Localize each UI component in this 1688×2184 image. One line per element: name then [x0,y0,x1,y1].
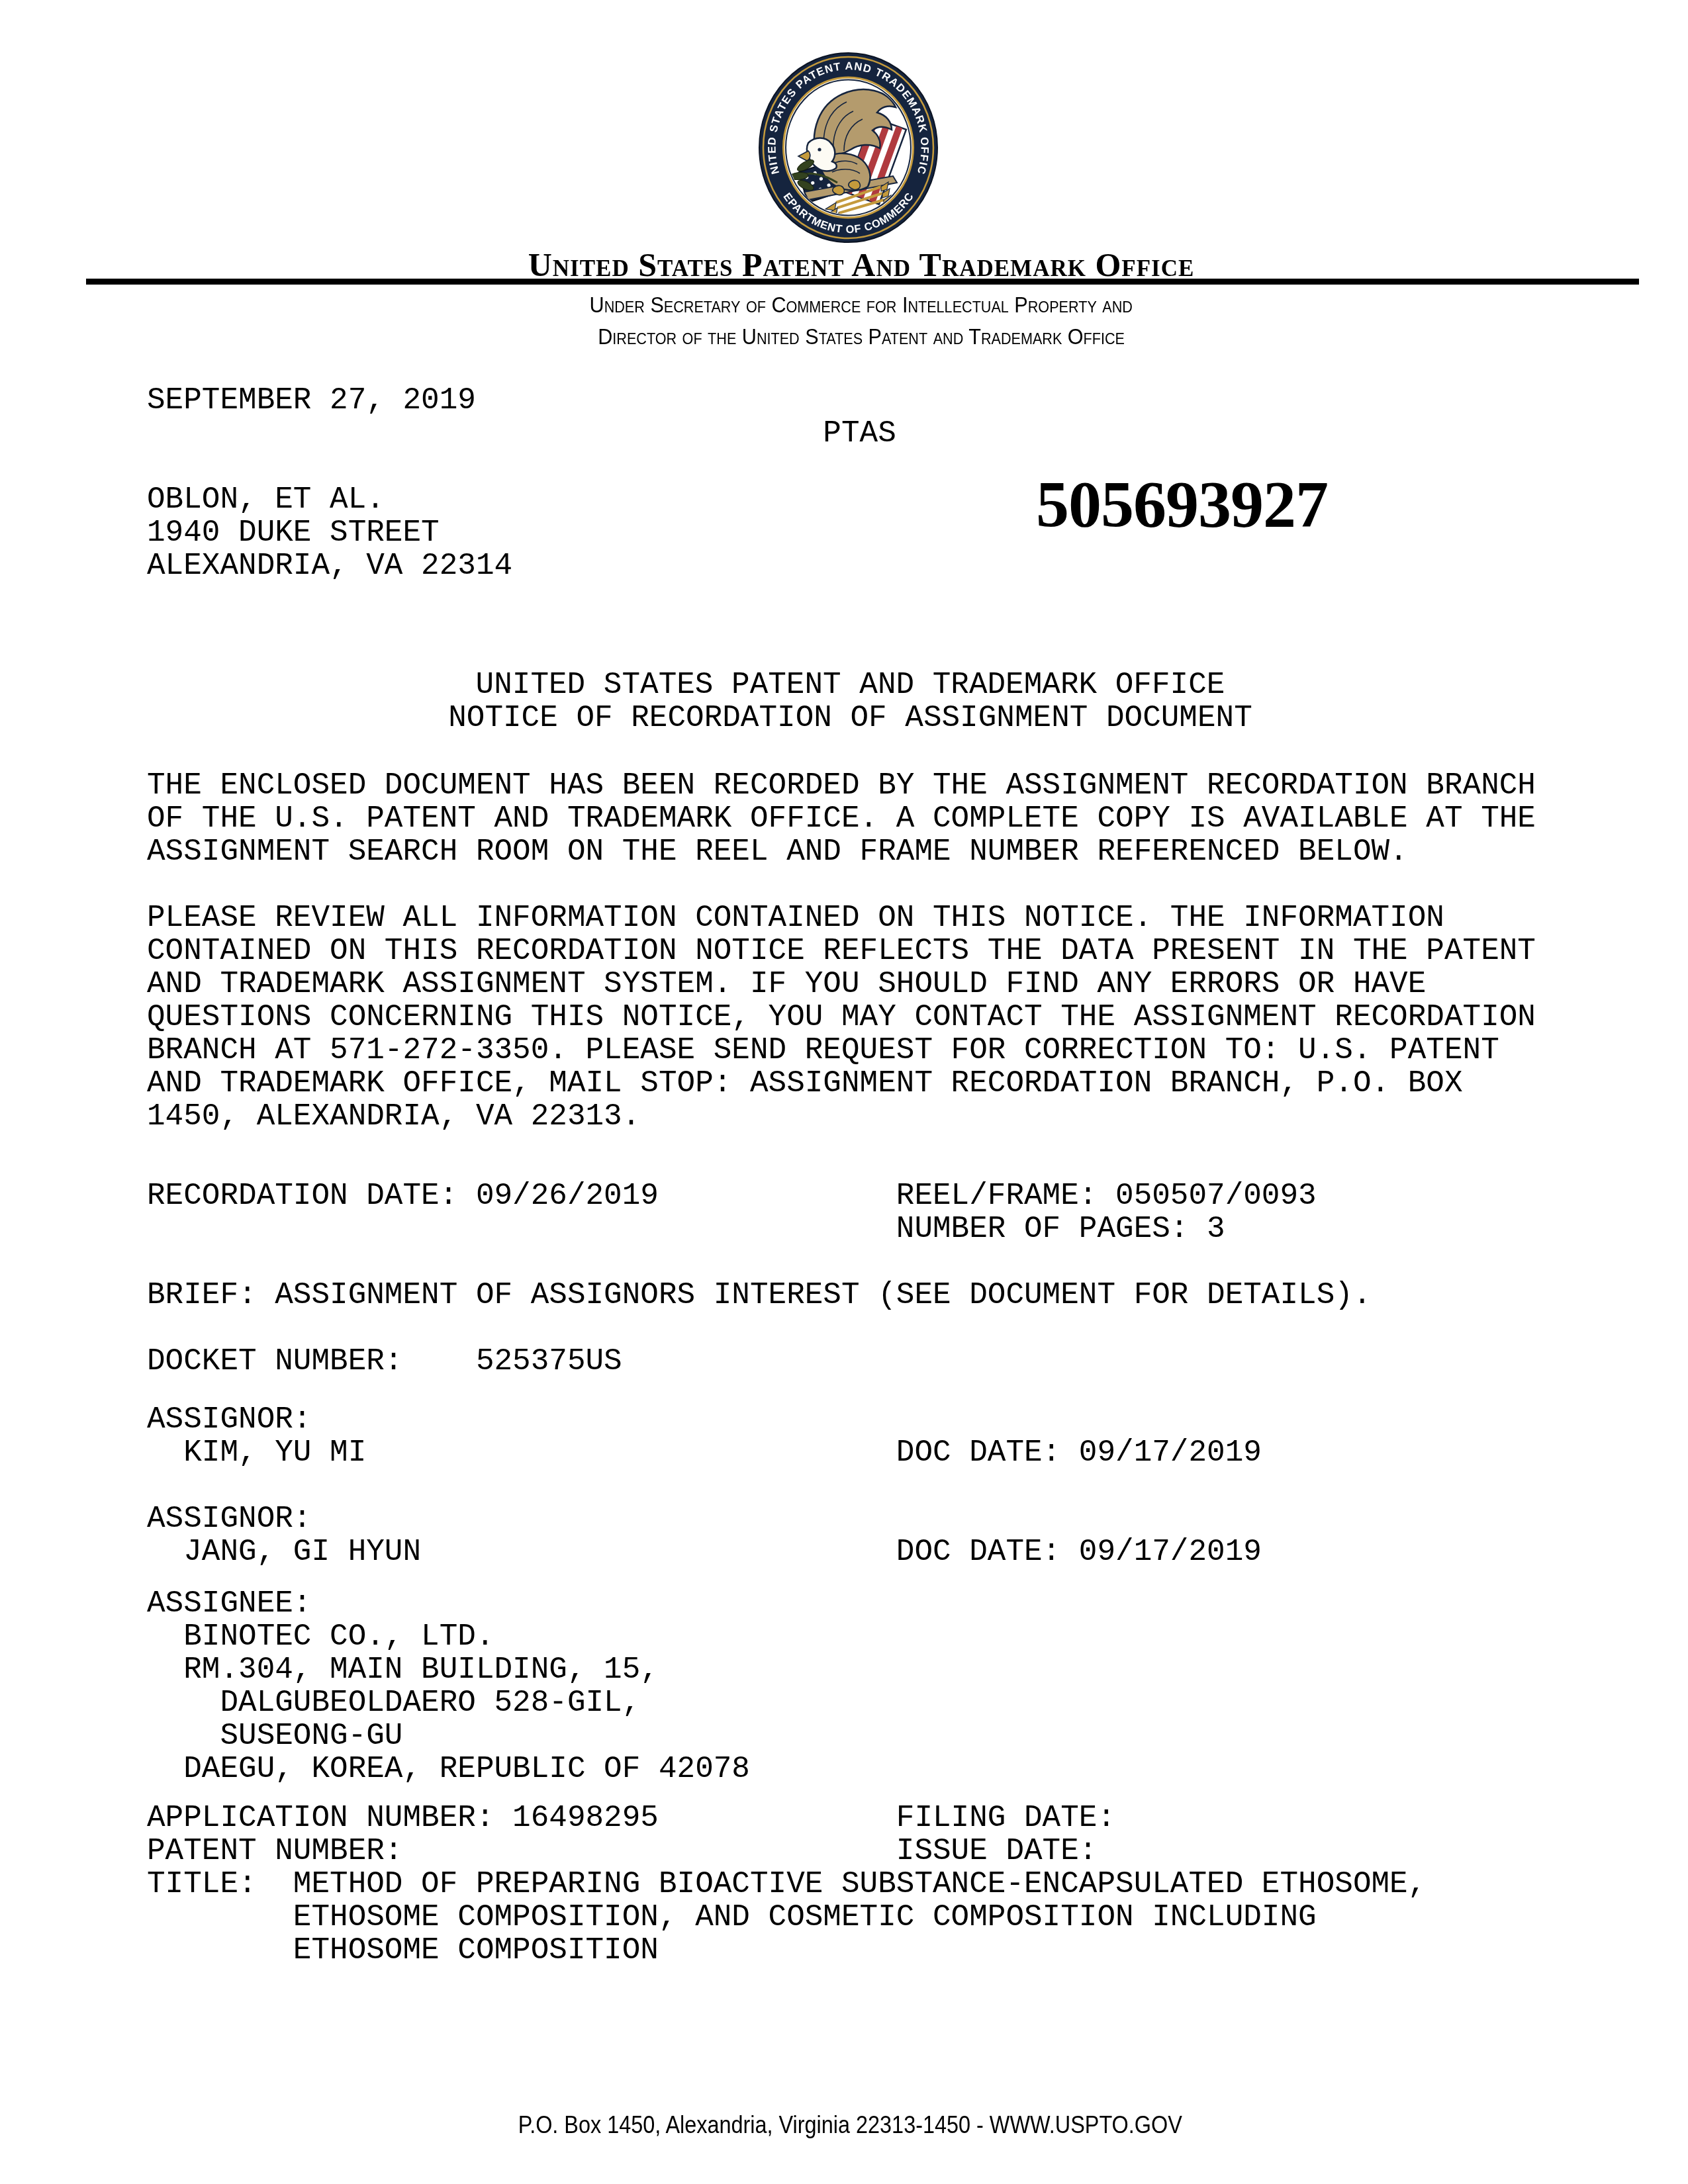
notice-body-paragraphs: THE ENCLOSED DOCUMENT HAS BEEN RECORDED … [147,769,1536,1133]
subtitle-director: Director of the United States Patent and… [37,324,1685,350]
uspto-seal-icon: UNITED STATES PATENT AND TRADEMARK OFFIC… [758,52,939,244]
assignors-block: ASSIGNOR: KIM, YU MI DOC DATE: 09/17/201… [147,1403,1262,1569]
date-address-block: SEPTEMBER 27, 2019 PTAS OBLON, ET AL. 19… [147,384,896,582]
header-rule [86,279,1639,285]
uspto-notice-page: UNITED STATES PATENT AND TRADEMARK OFFIC… [0,0,1688,2184]
page-footer: P.O. Box 1450, Alexandria, Virginia 2231… [147,2111,1554,2139]
notice-title: UNITED STATES PATENT AND TRADEMARK OFFIC… [147,668,1554,735]
footer-address-text: P.O. Box 1450, Alexandria, Virginia 2231… [518,2111,1182,2139]
application-details-block: APPLICATION NUMBER: 16498295 FILING DATE… [147,1801,1426,1967]
recordation-details-block: RECORDATION DATE: 09/26/2019 REEL/FRAME:… [147,1179,1372,1378]
subtitle-under-secretary: Under Secretary of Commerce for Intellec… [37,292,1685,318]
agency-name-heading: United States Patent And Trademark Offic… [37,246,1685,283]
subtitle-under-secretary-text: Under Secretary of Commerce for Intellec… [590,292,1133,318]
assignee-block: ASSIGNEE: BINOTEC CO., LTD. RM.304, MAIN… [147,1587,750,1786]
subtitle-director-text: Director of the United States Patent and… [598,324,1125,350]
tracking-number: 505693927 [1036,471,1328,537]
